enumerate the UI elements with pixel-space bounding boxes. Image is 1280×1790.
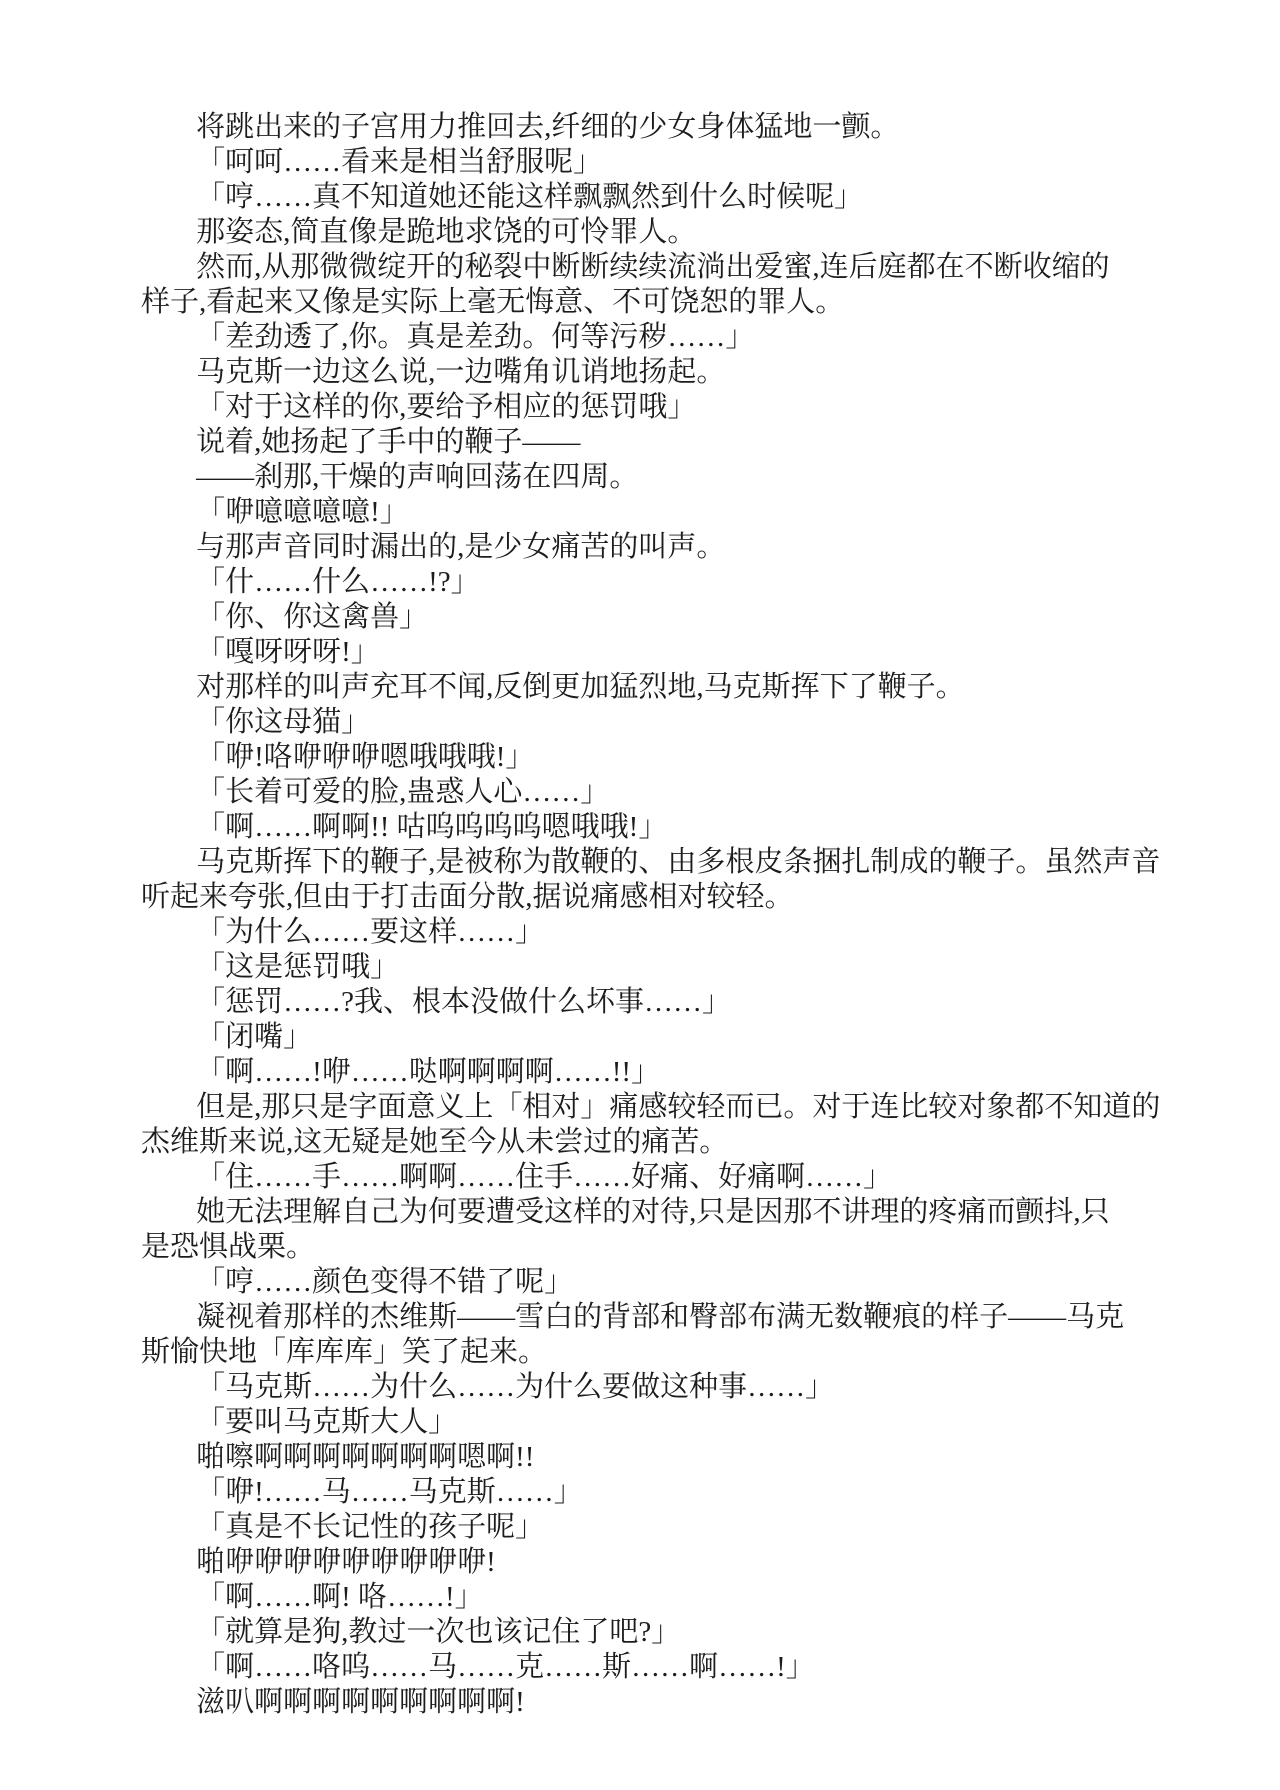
text-line: 「惩罚……?我、根本没做什么坏事……」 (141, 985, 1142, 1020)
text-line: 「为什么……要这样……」 (141, 915, 1142, 950)
text-line: 「什……什么……!?」 (141, 565, 1142, 600)
text-line: 啪嚓啊啊啊啊啊啊啊嗯啊!! (141, 1440, 1142, 1475)
text-line: 「要叫马克斯大人」 (141, 1405, 1142, 1440)
text-line: 然而,从那微微绽开的秘裂中断断续续流淌出爱蜜,连后庭都在不断收缩的 (141, 250, 1142, 285)
page-text: 将跳出来的子宫用力推回去,纤细的少女身体猛地一颤。「呵呵……看来是相当舒服呢」「… (141, 110, 1142, 1720)
text-line: 「呵呵……看来是相当舒服呢」 (141, 145, 1142, 180)
text-line: 马克斯一边这么说,一边嘴角讥诮地扬起。 (141, 355, 1142, 390)
text-line: 说着,她扬起了手中的鞭子—— (141, 425, 1142, 460)
text-line: 样子,看起来又像是实际上毫无悔意、不可饶恕的罪人。 (141, 285, 1142, 320)
text-line: 「咿!……马……马克斯……」 (141, 1475, 1142, 1510)
text-line: 「啊……啊! 咯……!」 (141, 1580, 1142, 1615)
text-line: 斯愉快地「库库库」笑了起来。 (141, 1335, 1142, 1370)
text-line: 但是,那只是字面意义上「相对」痛感较轻而已。对于连比较对象都不知道的 (141, 1090, 1142, 1125)
text-line: 「长着可爱的脸,蛊惑人心……」 (141, 775, 1142, 810)
novel-page: 将跳出来的子宫用力推回去,纤细的少女身体猛地一颤。「呵呵……看来是相当舒服呢」「… (0, 0, 1280, 1790)
text-line: 「啊……啊啊!! 咕呜呜呜呜嗯哦哦!」 (141, 810, 1142, 845)
text-line: 啪咿咿咿咿咿咿咿咿咿! (141, 1545, 1142, 1580)
text-line: 「咿噫噫噫噫!」 (141, 495, 1142, 530)
text-line: 「你、你这禽兽」 (141, 600, 1142, 635)
text-line: 「嘎呀呀呀!」 (141, 635, 1142, 670)
text-line: 马克斯挥下的鞭子,是被称为散鞭的、由多根皮条捆扎制成的鞭子。虽然声音 (141, 845, 1142, 880)
text-line: 「啊……!咿……哒啊啊啊啊……!!」 (141, 1055, 1142, 1090)
text-line: 是恐惧战栗。 (141, 1230, 1142, 1265)
text-line: 「就算是狗,教过一次也该记住了吧?」 (141, 1615, 1142, 1650)
text-line: 与那声音同时漏出的,是少女痛苦的叫声。 (141, 530, 1142, 565)
text-line: 「对于这样的你,要给予相应的惩罚哦」 (141, 390, 1142, 425)
text-line: 凝视着那样的杰维斯——雪白的背部和臀部布满无数鞭痕的样子——马克 (141, 1300, 1142, 1335)
text-line: 「哼……颜色变得不错了呢」 (141, 1265, 1142, 1300)
text-line: 「住……手……啊啊……住手……好痛、好痛啊……」 (141, 1160, 1142, 1195)
text-line: 「闭嘴」 (141, 1020, 1142, 1055)
text-line: 她无法理解自己为何要遭受这样的对待,只是因那不讲理的疼痛而颤抖,只 (141, 1195, 1142, 1230)
text-line: 「你这母猫」 (141, 705, 1142, 740)
text-line: ——刹那,干燥的声响回荡在四周。 (141, 460, 1142, 495)
text-line: 听起来夸张,但由于打击面分散,据说痛感相对较轻。 (141, 880, 1142, 915)
text-line: 「啊……咯呜……马……克……斯……啊……!」 (141, 1650, 1142, 1685)
text-line: 「差劲透了,你。真是差劲。何等污秽……」 (141, 320, 1142, 355)
text-line: 杰维斯来说,这无疑是她至今从未尝过的痛苦。 (141, 1125, 1142, 1160)
text-line: 将跳出来的子宫用力推回去,纤细的少女身体猛地一颤。 (141, 110, 1142, 145)
text-line: 「咿!咯咿咿咿嗯哦哦哦!」 (141, 740, 1142, 775)
text-line: 对那样的叫声充耳不闻,反倒更加猛烈地,马克斯挥下了鞭子。 (141, 670, 1142, 705)
text-line: 「哼……真不知道她还能这样飘飘然到什么时候呢」 (141, 180, 1142, 215)
text-line: 滋叭啊啊啊啊啊啊啊啊啊! (141, 1685, 1142, 1720)
text-line: 「这是惩罚哦」 (141, 950, 1142, 985)
text-line: 「真是不长记性的孩子呢」 (141, 1510, 1142, 1545)
text-line: 「马克斯……为什么……为什么要做这种事……」 (141, 1370, 1142, 1405)
text-line: 那姿态,简直像是跪地求饶的可怜罪人。 (141, 215, 1142, 250)
